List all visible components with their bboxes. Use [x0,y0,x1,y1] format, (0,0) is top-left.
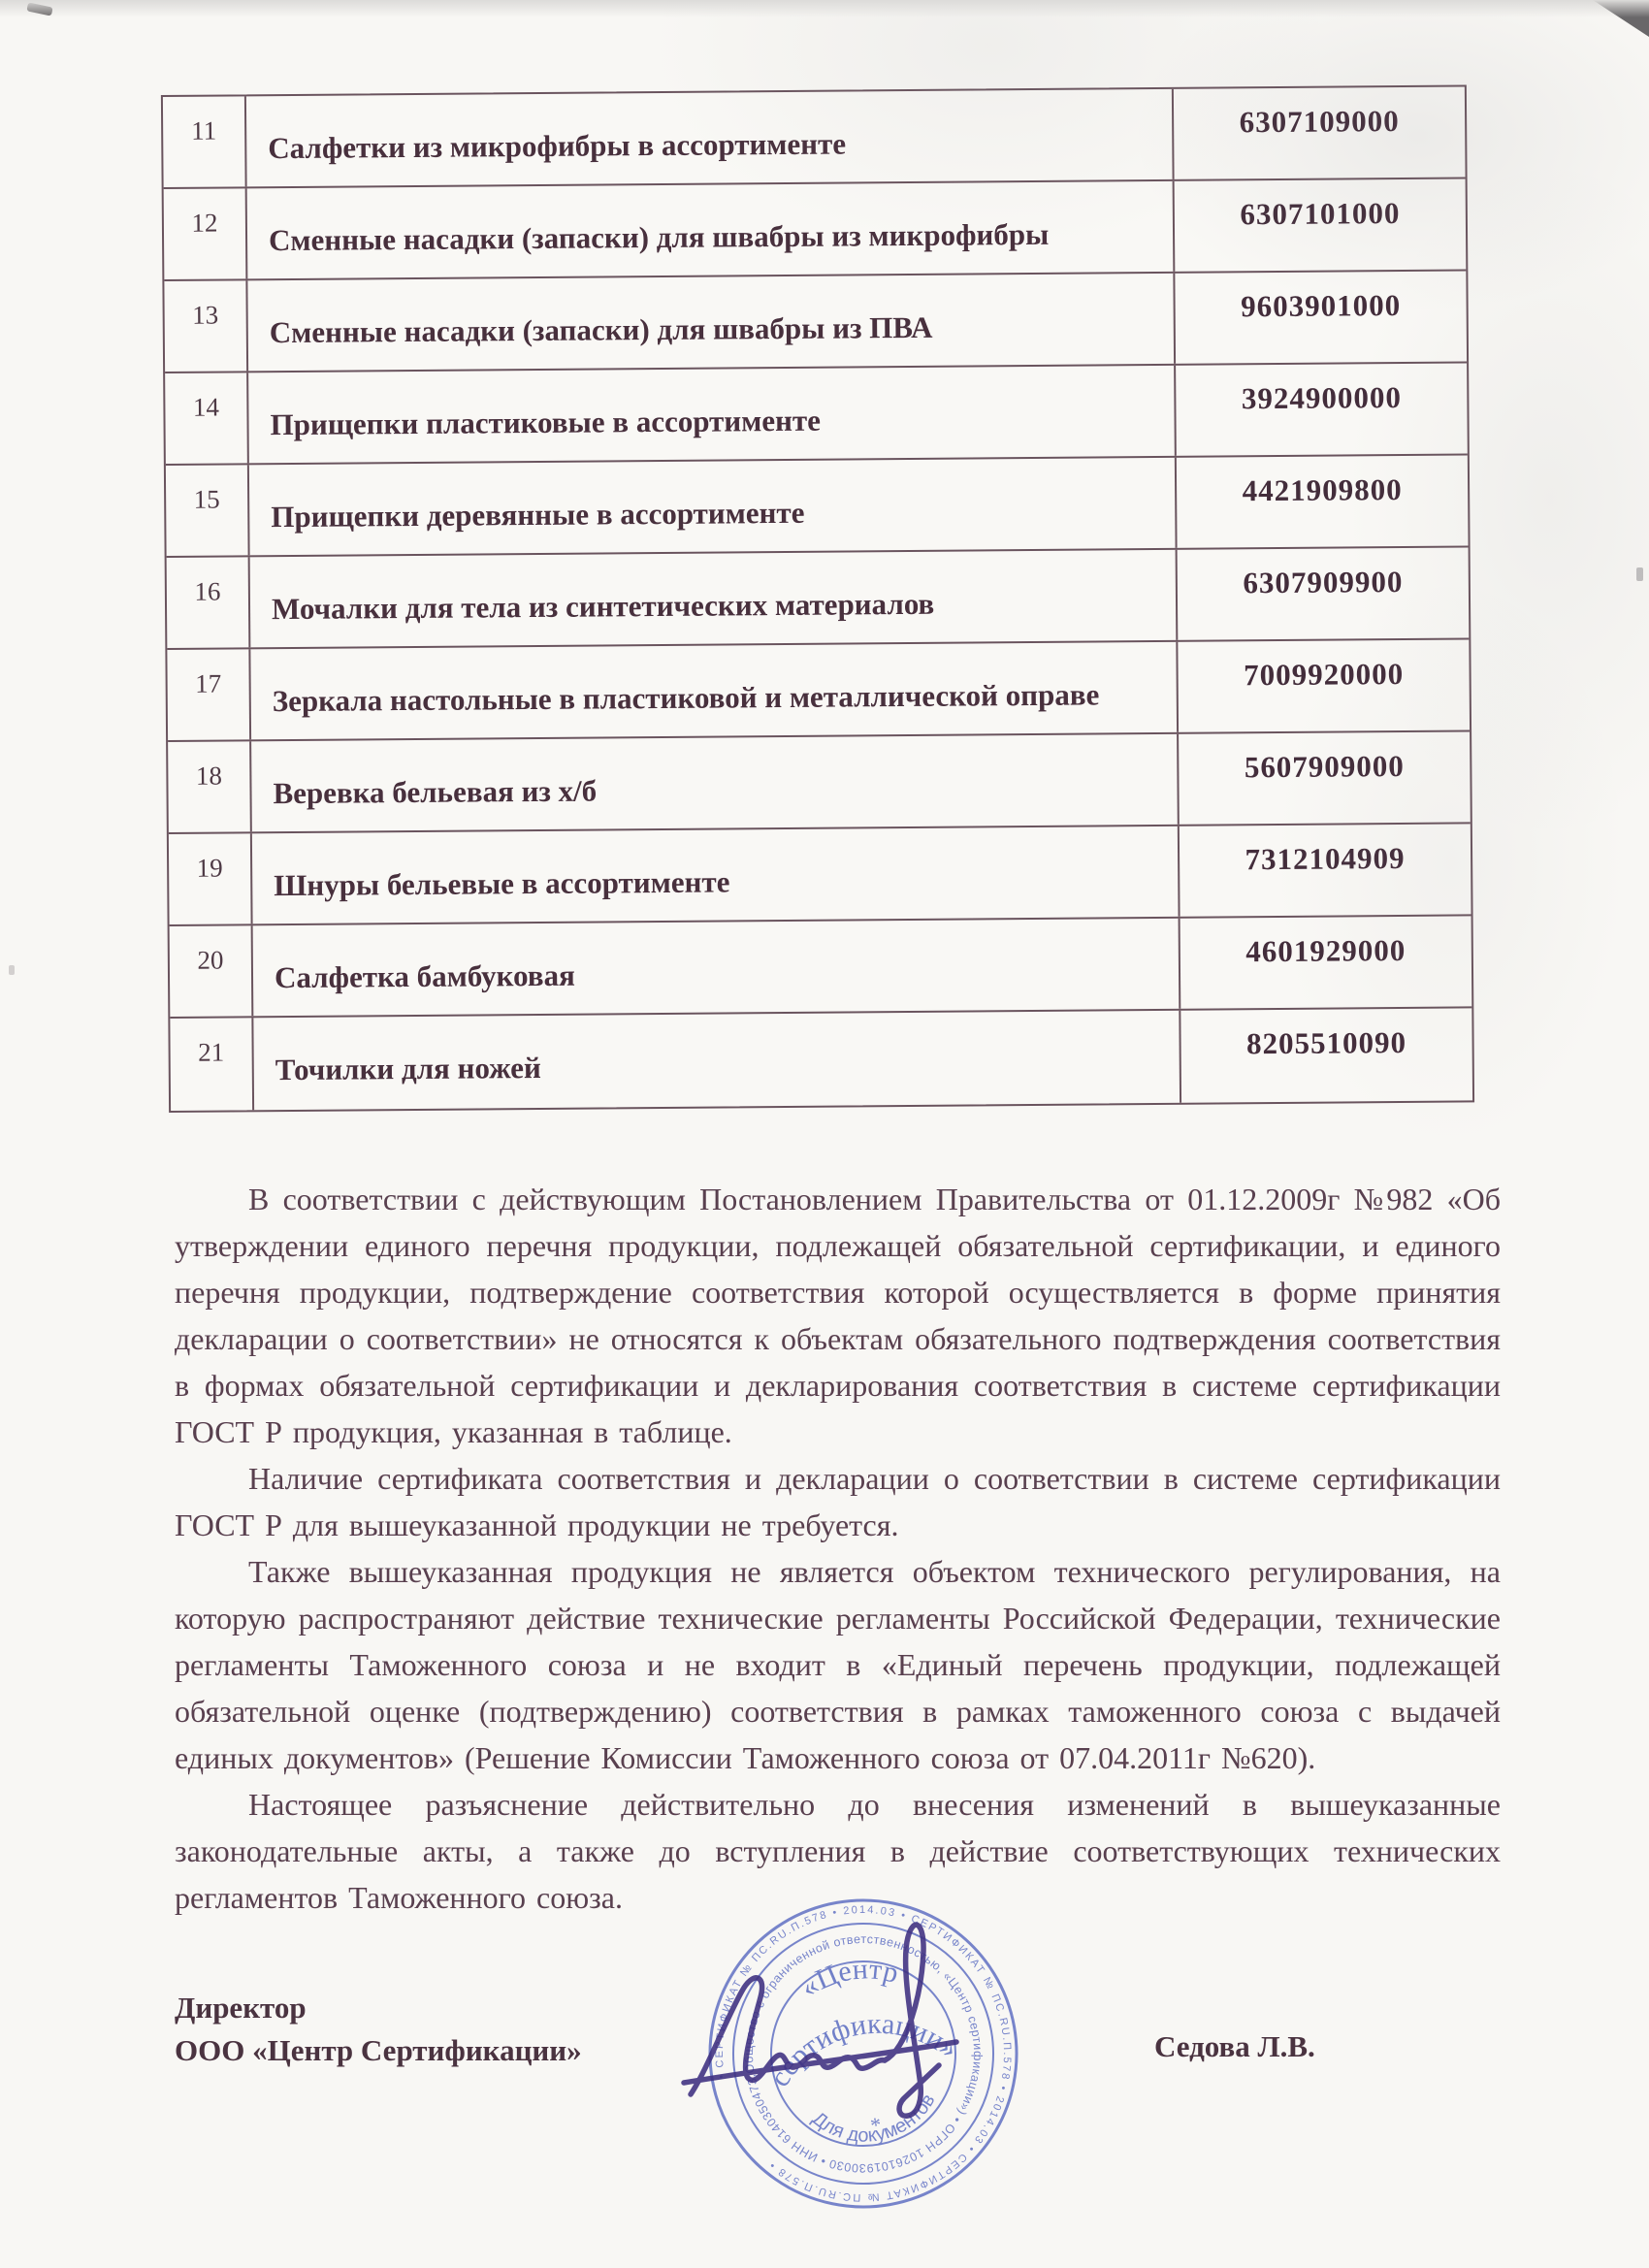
product-name-cell: Веревка бельевая из х/б [251,734,1180,832]
table-row: 14Прищепки пластиковые в ассортименте392… [165,363,1468,466]
signer-name: Седова Л.В. [1154,2029,1315,2064]
row-number-cell: 14 [165,373,249,464]
table-row: 17Зеркала настольные в пластиковой и мет… [167,639,1470,742]
product-name-cell: Прищепки пластиковые в ассортименте [248,366,1177,464]
scan-artifact-top-right [1593,0,1649,37]
product-name-cell: Прищепки деревянные в ассортименте [249,458,1178,556]
product-code-cell: 5607909000 [1179,731,1471,824]
product-name-cell: Мочалки для тела из синтетических матери… [250,550,1179,648]
product-name-cell: Салфетки из микрофибры в ассортименте [246,89,1175,187]
table-row: 11Салфетки из микрофибры в ассортименте6… [163,86,1466,189]
product-name-cell: Сменные насадки (запаски) для швабры из … [247,181,1176,279]
row-number-cell: 12 [164,188,248,279]
scanned-certificate-page: 11Салфетки из микрофибры в ассортименте6… [0,0,1649,2268]
row-number-cell: 19 [169,833,253,924]
row-number-cell: 15 [166,465,250,556]
paragraph-regulation: В соответствии с действующим Постановлен… [175,1176,1501,1455]
product-code-cell: 4421909800 [1177,455,1469,547]
product-name-cell: Сменные насадки (запаски) для швабры из … [247,274,1176,372]
table-row: 18Веревка бельевая из х/б5607909000 [168,731,1471,834]
paragraph-no-certificate-needed: Наличие сертификата соответствия и декла… [175,1455,1501,1548]
row-number-cell: 20 [170,925,254,1017]
row-number-cell: 16 [167,557,251,648]
signer-title-line1: Директор [175,1987,582,2029]
paragraph-technical-regulation: Также вышеуказанная продукция не являетс… [175,1548,1501,1781]
body-text: В соответствии с действующим Постановлен… [175,1176,1501,1921]
product-code-cell: 3924900000 [1176,363,1468,455]
row-number-cell: 21 [170,1018,254,1111]
product-name-cell: Зеркала настольные в пластиковой и метал… [250,642,1179,740]
row-number-cell: 17 [167,649,251,740]
product-code-cell: 6307909900 [1178,547,1470,639]
table-row: 20Салфетка бамбуковая4601929000 [170,916,1472,1019]
table-row: 16Мочалки для тела из синтетических мате… [167,547,1470,650]
product-code-cell: 7009920000 [1178,639,1470,731]
row-number-cell: 18 [168,741,252,832]
product-code-cell: 7312104909 [1180,824,1471,916]
product-code-cell: 6307109000 [1174,86,1466,178]
product-code-cell: 9603901000 [1175,271,1467,363]
product-name-cell: Салфетка бамбуковая [253,919,1181,1017]
scan-speck [9,965,15,975]
table-row: 13Сменные насадки (запаски) для швабры и… [164,271,1467,373]
stamp-and-signature: • СЕРТИФИКАТ № ПС.RU.П.578 • 2014.03 • С… [679,1867,1048,2236]
product-table-body: 11Салфетки из микрофибры в ассортименте6… [163,86,1472,1111]
row-number-cell: 13 [164,280,248,372]
product-code-cell: 4601929000 [1180,916,1472,1008]
table-row: 19Шнуры бельевые в ассортименте731210490… [169,824,1471,926]
product-name-cell: Точилки для ножей [253,1011,1181,1111]
table-row: 15Прищепки деревянные в ассортименте4421… [166,455,1469,558]
scan-speck [1636,567,1643,581]
product-code-cell: 8205510090 [1180,1008,1472,1102]
table-row: 12Сменные насадки (запаски) для швабры и… [164,178,1467,281]
product-name-cell: Шнуры бельевые в ассортименте [252,826,1180,924]
signer-title-line2: ООО «Центр Сертификации» [175,2029,582,2072]
product-code-cell: 6307101000 [1175,178,1467,271]
row-number-cell: 11 [163,96,247,187]
table-row: 21Точилки для ножей8205510090 [170,1008,1472,1111]
scan-artifact-top-left [26,2,52,16]
product-table: 11Салфетки из микрофибры в ассортименте6… [161,84,1474,1113]
signer-title: Директор ООО «Центр Сертификации» [175,1987,582,2072]
company-stamp: • СЕРТИФИКАТ № ПС.RU.П.578 • 2014.03 • С… [679,1867,1048,2236]
